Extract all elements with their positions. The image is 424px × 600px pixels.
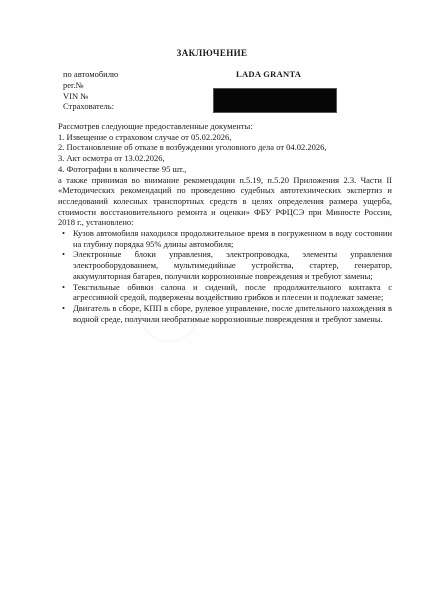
vehicle-model-value: LADA GRANTA: [236, 69, 301, 79]
finding-item: • Электронные блоки управления, электроп…: [58, 249, 392, 281]
document-title: ЗАКЛЮЧЕНИЕ: [0, 48, 424, 58]
methodology-paragraph: а также принимая во внимание рекомендаци…: [58, 175, 392, 229]
document-list-item: 2. Постановление об отказе в возбуждении…: [58, 142, 392, 153]
reg-number-label: рег.№: [63, 80, 118, 91]
document-list-item: 3. Акт осмотра от 13.02.2026,: [58, 153, 392, 164]
vin-label: VIN №: [63, 91, 118, 102]
bullet-icon: •: [62, 249, 65, 260]
bullet-icon: •: [62, 282, 65, 293]
document-page: ЗАКЛЮЧЕНИЕ по автомобилю рег.№ VIN № Стр…: [0, 0, 424, 600]
finding-item: • Кузов автомобиля находился продолжител…: [58, 228, 392, 249]
finding-text: Электронные блоки управления, электропро…: [73, 249, 392, 280]
finding-text: Текстильные обивки салона и сидений, пос…: [73, 282, 392, 303]
document-list-item: 1. Извещение о страховом случае от 05.02…: [58, 132, 392, 143]
intro-line: Рассмотрев следующие предоставленные док…: [58, 121, 392, 132]
finding-text: Двигатель в сборе, КПП в сборе, рулевое …: [73, 303, 392, 324]
insurer-label: Страхователь:: [63, 101, 118, 112]
vehicle-label: по автомобилю: [63, 69, 118, 80]
finding-item: • Текстильные обивки салона и сидений, п…: [58, 282, 392, 303]
vehicle-header: по автомобилю рег.№ VIN № Страхователь:: [63, 69, 118, 112]
document-body: Рассмотрев следующие предоставленные док…: [58, 121, 392, 324]
finding-item: • Двигатель в сборе, КПП в сборе, рулево…: [58, 303, 392, 324]
bullet-icon: •: [62, 228, 65, 239]
redacted-vin-insurer-box: [213, 88, 337, 113]
finding-text: Кузов автомобиля находился продолжительн…: [73, 228, 392, 249]
document-list-item: 4. Фотографии в количестве 95 шт.,: [58, 164, 392, 175]
bullet-icon: •: [62, 303, 65, 314]
